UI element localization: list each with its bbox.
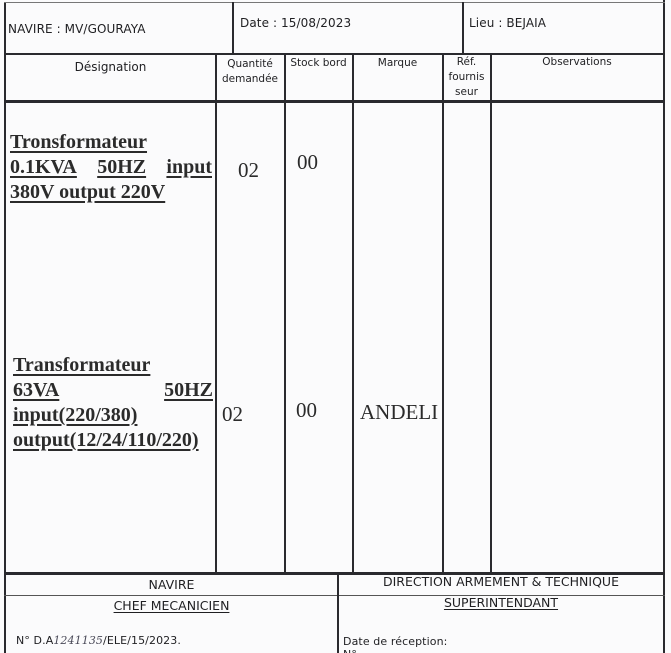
col-header-designation-label: Désignation xyxy=(75,60,147,74)
row2-designation-word2: 50HZ xyxy=(164,378,213,403)
col-header-quantity-line1: Quantité xyxy=(216,57,284,72)
col-header-brand: Marque xyxy=(353,56,442,71)
footer-number-handwritten: 1241135 xyxy=(53,634,103,647)
info-divider-date xyxy=(232,2,234,53)
col-header-observations-label: Observations xyxy=(491,55,663,70)
row1-designation-word1: 0.1KVA xyxy=(10,155,77,180)
header-row-bottom-border xyxy=(4,100,665,103)
row1-designation-line2: 0.1KVA 50HZ input xyxy=(10,155,212,180)
col-divider-ref xyxy=(442,54,444,573)
table-row: Transformateur 63VA 50HZ input(220/380) … xyxy=(13,353,213,453)
row2-designation-line4: output(12/24/110/220) xyxy=(13,428,213,453)
ship-name: NAVIRE : MV/GOURAYA xyxy=(8,22,146,36)
row2-designation-word1: 63VA xyxy=(13,378,59,403)
col-header-stock-label: Stock bord xyxy=(285,56,352,71)
info-divider-place xyxy=(462,2,464,53)
col-header-brand-label: Marque xyxy=(353,56,442,71)
col-divider-observations xyxy=(490,54,492,573)
col-header-quantity: Quantité demandée xyxy=(216,57,284,87)
col-header-ref-line2: fournis xyxy=(443,70,490,85)
row2-brand: ANDELI xyxy=(360,400,438,425)
row1-quantity: 02 xyxy=(238,158,259,183)
place: Lieu : BEJAIA xyxy=(469,16,546,30)
col-header-observations: Observations xyxy=(491,55,663,70)
row2-designation-line3: input(220/380) xyxy=(13,403,213,428)
footer-right-role: SUPERINTENDANT xyxy=(339,595,663,610)
col-header-stock: Stock bord xyxy=(285,56,352,71)
row1-designation-line1: Tronsformateur xyxy=(10,130,212,155)
col-divider-stock xyxy=(284,54,286,573)
col-header-ref-line3: seur xyxy=(443,85,490,100)
row2-designation-line1: Transformateur xyxy=(13,353,213,378)
footer-number-suffix: /ELE/15/2023. xyxy=(103,634,181,647)
request-date: Date : 15/08/2023 xyxy=(240,16,351,30)
footer-reception-date: Date de réception: xyxy=(343,635,447,648)
row2-stock: 00 xyxy=(296,398,317,423)
table-row: Tronsformateur 0.1KVA 50HZ input 380V ou… xyxy=(10,130,212,205)
footer-number-prefix: N° D.A xyxy=(16,634,53,647)
col-header-ref-line1: Réf. xyxy=(443,55,490,70)
row2-designation-line2: 63VA 50HZ xyxy=(13,378,213,403)
row2-quantity: 02 xyxy=(222,402,243,427)
row1-stock: 00 xyxy=(297,150,318,175)
frame-right-border xyxy=(663,0,665,653)
row1-designation-word3: input xyxy=(166,155,212,180)
col-header-quantity-line2: demandée xyxy=(216,72,284,87)
footer-left-number: N° D.A1241135/ELE/15/2023. xyxy=(16,634,181,647)
col-divider-brand xyxy=(352,54,354,573)
col-divider-quantity xyxy=(215,54,217,573)
footer-left-role: CHEF MECANICIEN xyxy=(6,598,337,613)
col-header-ref: Réf. fournis seur xyxy=(443,55,490,100)
footer-right-title: DIRECTION ARMEMENT & TECHNIQUE xyxy=(339,574,663,589)
footer-left-title: NAVIRE xyxy=(6,577,337,592)
col-header-designation: Désignation xyxy=(6,60,215,75)
footer-right-number: N° xyxy=(343,648,357,653)
row1-designation-word2: 50HZ xyxy=(97,155,146,180)
row1-designation-line3: 380V output 220V xyxy=(10,180,212,205)
frame-top-border xyxy=(4,2,665,3)
